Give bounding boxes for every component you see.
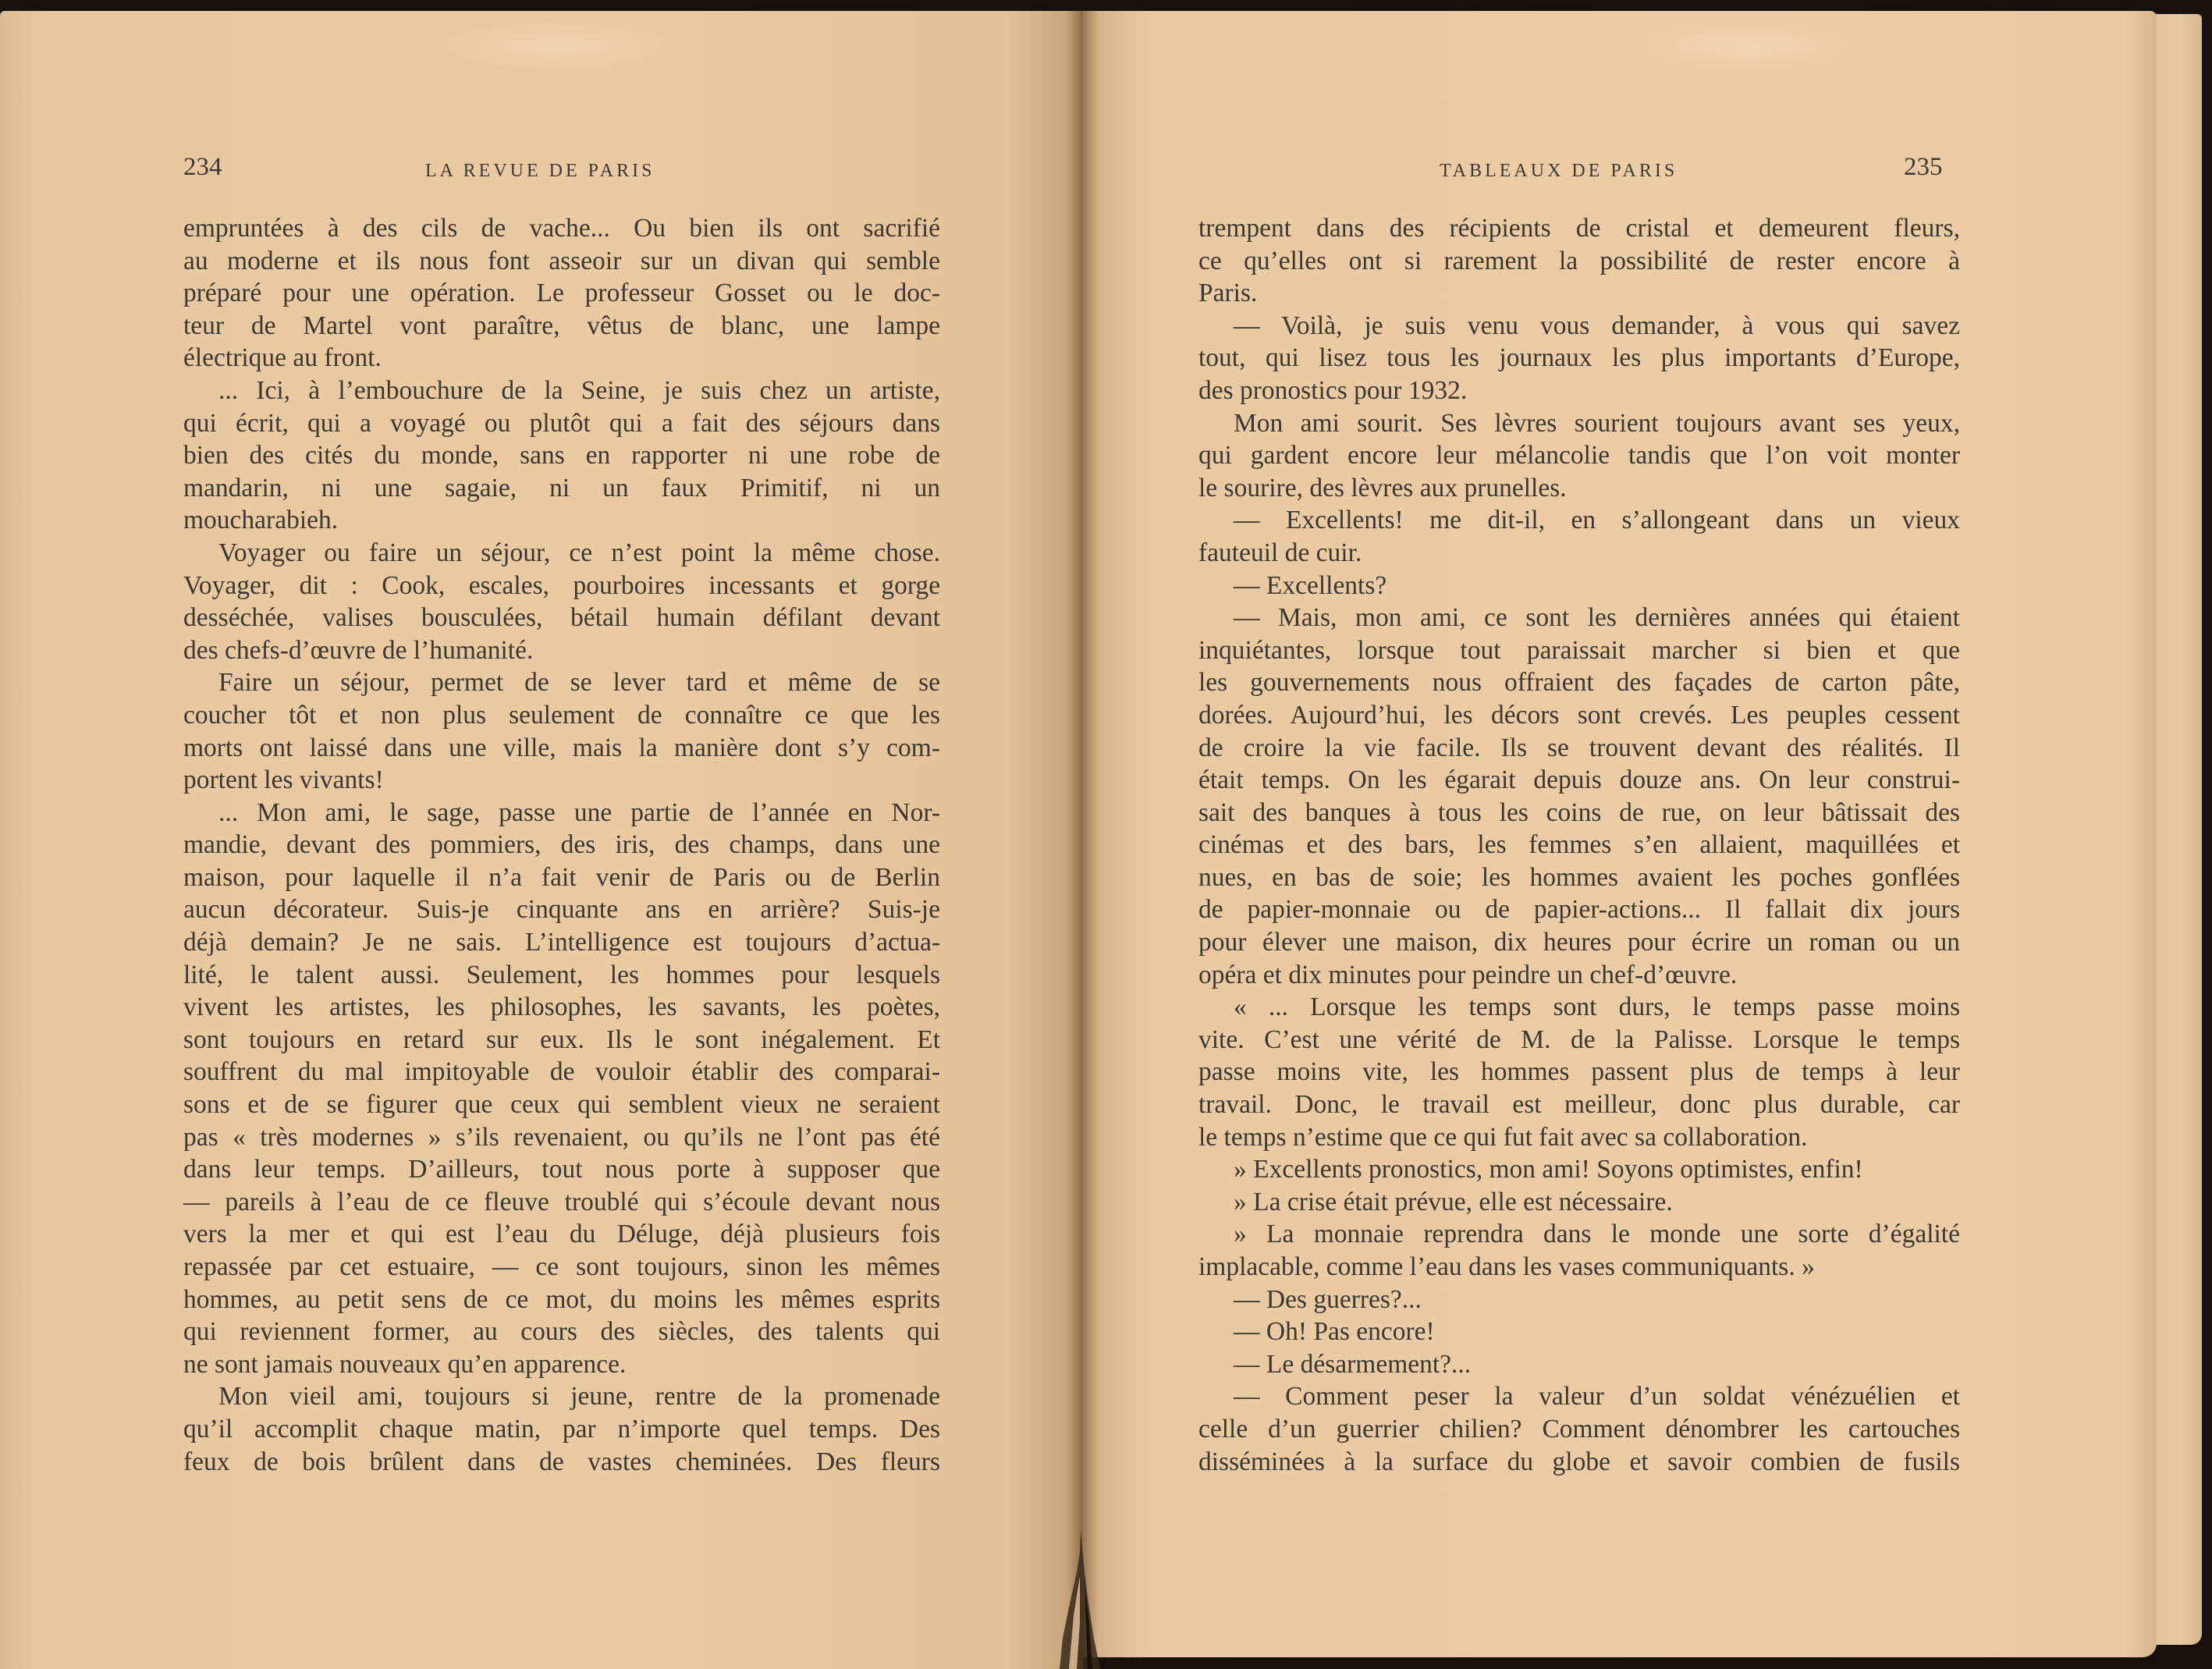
text-line: tout, qui lisez tous les journaux les pl… xyxy=(1198,342,1960,375)
text-line: desséchée, valises bousculées, bétail hu… xyxy=(183,602,940,634)
text-line: ne sont jamais nouveaux qu’en apparence. xyxy=(183,1348,940,1381)
text-line: celle d’un guerrier chilien? Comment dén… xyxy=(1198,1413,1960,1446)
text-line: morts ont laissé dans une ville, mais la… xyxy=(183,732,940,765)
text-line: déjà demain? Je ne sais. L’intelligence … xyxy=(183,926,940,959)
text-line: vers la mer et qui est l’eau du Déluge, … xyxy=(183,1218,940,1251)
text-line: au moderne et ils nous font asseoir sur … xyxy=(183,245,940,278)
text-line: Mon vieil ami, toujours si jeune, rentre… xyxy=(183,1380,940,1413)
running-head-left: LA REVUE DE PARIS xyxy=(425,161,655,182)
text-line: implacable, comme l’eau dans les vases c… xyxy=(1198,1251,1960,1284)
text-line: préparé pour une opération. Le professeu… xyxy=(183,277,940,310)
paper-stain xyxy=(437,22,671,69)
text-line: dorées. Aujourd’hui, les décors sont cre… xyxy=(1198,699,1960,732)
text-line: des pronostics pour 1932. xyxy=(1198,375,1960,407)
text-line: qui gardent encore leur mélancolie tandi… xyxy=(1198,439,1960,472)
text-line: sont toujours en retard sur eux. Ils le … xyxy=(183,1024,940,1056)
text-line: inquiétantes, lorsque tout paraissait ma… xyxy=(1198,634,1960,667)
text-line: le sourire, des lèvres aux prunelles. xyxy=(1198,472,1960,505)
text-line: des chefs-d’œuvre de l’humanité. xyxy=(183,634,940,667)
text-line: maison, pour laquelle il n’a fait venir … xyxy=(183,861,940,894)
text-line: trempent dans des récipients de cristal … xyxy=(1198,212,1960,245)
text-line: — Mais, mon ami, ce sont les dernières a… xyxy=(1198,602,1960,634)
text-line: nues, en bas de soie; les hommes avaient… xyxy=(1198,861,1960,894)
text-line: ... Mon ami, le sage, passe une partie d… xyxy=(183,797,940,829)
text-line: dans leur temps. D’ailleurs, tout nous p… xyxy=(183,1153,940,1186)
text-line: portent les vivants! xyxy=(183,764,940,797)
text-line: hommes, au petit sens de ce mot, du moin… xyxy=(183,1284,940,1316)
page-number-right: 235 xyxy=(1904,153,1943,182)
text-line: les gouvernements nous offraient des faç… xyxy=(1198,666,1960,699)
text-line: teur de Martel vont paraître, vêtus de b… xyxy=(183,310,940,343)
left-page-body-text: empruntées à des cils de vache... Ou bie… xyxy=(183,212,940,1478)
running-head-right: TABLEAUX DE PARIS xyxy=(1440,161,1678,182)
text-line: — Des guerres?... xyxy=(1198,1284,1960,1316)
text-line: empruntées à des cils de vache... Ou bie… xyxy=(183,212,940,245)
right-page-body-text: trempent dans des récipients de cristal … xyxy=(1198,212,1960,1478)
text-line: — Comment peser la valeur d’un soldat vé… xyxy=(1198,1380,1960,1413)
text-line: fauteuil de cuir. xyxy=(1198,537,1960,570)
text-line: électrique au front. xyxy=(183,342,940,375)
text-line: ... Ici, à l’embouchure de la Seine, je … xyxy=(183,375,940,407)
text-line: vivent les artistes, les philosophes, le… xyxy=(183,991,940,1024)
text-line: sait des banques à tous les coins de rue… xyxy=(1198,797,1960,829)
text-line: bien des cités du monde, sans en rapport… xyxy=(183,439,940,472)
text-line: passe moins vite, les hommes passent plu… xyxy=(1198,1056,1960,1088)
text-line: vite. C’est une vérité de M. de la Palis… xyxy=(1198,1024,1960,1056)
text-line: souffrent du mal impitoyable de vouloir … xyxy=(183,1056,940,1088)
text-line: Mon ami sourit. Ses lèvres sourient touj… xyxy=(1198,407,1960,440)
text-line: lité, le talent aussi. Seulement, les ho… xyxy=(183,959,940,992)
text-line: » La monnaie reprendra dans le monde une… xyxy=(1198,1218,1960,1251)
text-line: — Excellents! me dit-il, en s’allongeant… xyxy=(1198,504,1960,537)
text-line: mandie, devant des pommiers, des iris, d… xyxy=(183,829,940,861)
text-line: — Le désarmement?... xyxy=(1198,1348,1960,1381)
text-line: cinémas et des bars, les femmes s’en all… xyxy=(1198,829,1960,861)
text-line: moucharabieh. xyxy=(183,504,940,537)
text-line: disséminées à la surface du globe et sav… xyxy=(1198,1446,1960,1479)
text-line: — Oh! Pas encore! xyxy=(1198,1316,1960,1348)
text-line: de croire la vie facile. Ils se trouvent… xyxy=(1198,732,1960,765)
text-line: sons et de se figurer que ceux qui sembl… xyxy=(183,1088,940,1121)
text-line: travail. Donc, le travail est meilleur, … xyxy=(1198,1088,1960,1121)
text-line: repassée par cet estuaire, — ce sont tou… xyxy=(183,1251,940,1284)
text-line: « ... Lorsque les temps sont durs, le te… xyxy=(1198,991,1960,1024)
text-line: Voyager ou faire un séjour, ce n’est poi… xyxy=(183,537,940,570)
text-line: ce qu’elles ont si rarement la possibili… xyxy=(1198,245,1960,278)
text-line: qui reviennent former, au cours des sièc… xyxy=(183,1316,940,1348)
text-line: » Excellents pronostics, mon ami! Soyons… xyxy=(1198,1153,1960,1186)
text-line: feux de bois brûlent dans de vastes chem… xyxy=(183,1446,940,1479)
text-line: aucun décorateur. Suis-je cinquante ans … xyxy=(183,893,940,926)
text-line: était temps. On les égarait depuis douze… xyxy=(1198,764,1960,797)
text-line: Paris. xyxy=(1198,277,1960,310)
text-line: Voyager, dit : Cook, escales, pourboires… xyxy=(183,570,940,602)
text-line: qu’il accomplit chaque matin, par n’impo… xyxy=(183,1413,940,1446)
text-line: — pareils à l’eau de ce fleuve troublé q… xyxy=(183,1186,940,1219)
text-line: — Excellents? xyxy=(1198,570,1960,602)
gutter-tear-icon xyxy=(1046,1529,1116,1669)
text-line: mandarin, ni une sagaie, ni un faux Prim… xyxy=(183,472,940,505)
text-line: qui écrit, qui a voyagé ou plutôt qui a … xyxy=(183,407,940,440)
text-line: Faire un séjour, permet de se lever tard… xyxy=(183,666,940,699)
text-line: » La crise était prévue, elle est nécess… xyxy=(1198,1186,1960,1219)
text-line: le temps n’estime que ce qui fut fait av… xyxy=(1198,1121,1960,1154)
text-line: — Voilà, je suis venu vous demander, à v… xyxy=(1198,310,1960,343)
text-line: pas « très modernes » s’ils revenaient, … xyxy=(183,1121,940,1154)
text-line: opéra et dix minutes pour peindre un che… xyxy=(1198,959,1960,992)
text-line: coucher tôt et non plus seulement de con… xyxy=(183,699,940,732)
book-spread: 234 LA REVUE DE PARIS TABLEAUX DE PARIS … xyxy=(0,0,2212,1669)
paper-stain xyxy=(1629,22,1863,69)
text-line: pour élever une maison, dix heures pour … xyxy=(1198,926,1960,959)
text-line: de papier-monnaie ou de papier-actions..… xyxy=(1198,893,1960,926)
page-number-left: 234 xyxy=(183,153,222,182)
